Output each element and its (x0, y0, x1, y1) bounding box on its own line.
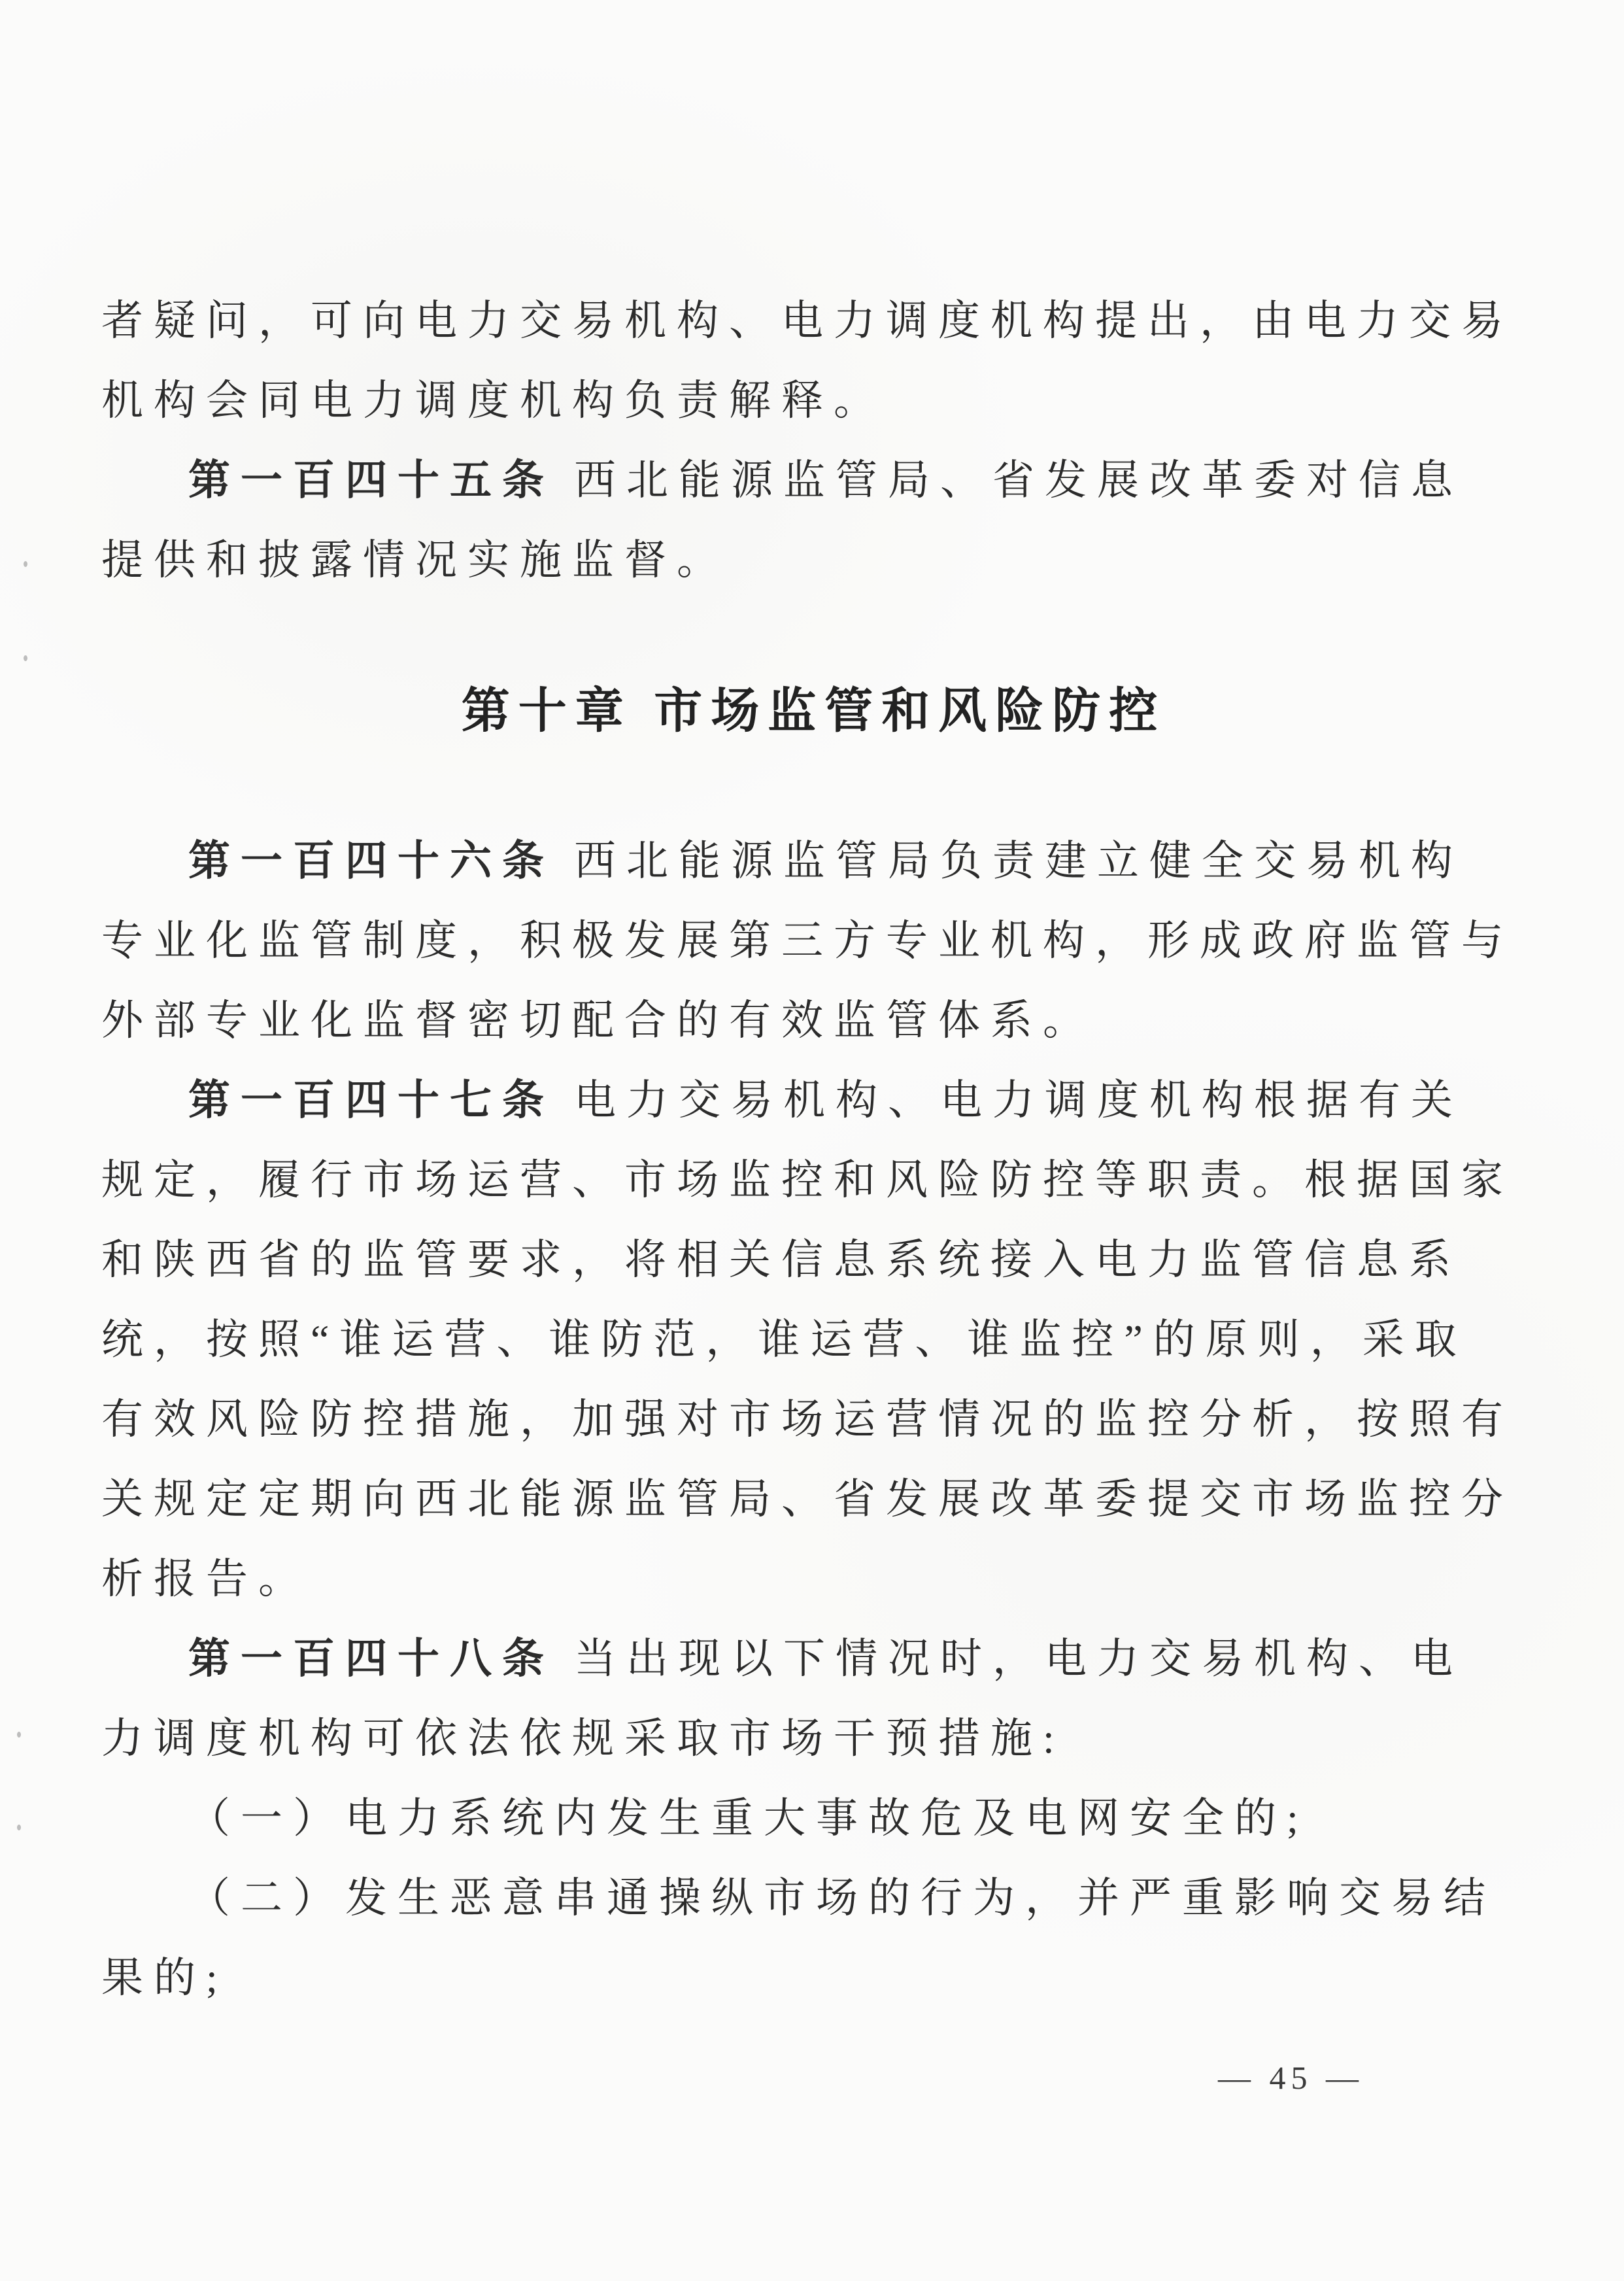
article-number: 第一百四十七条 (188, 1077, 554, 1123)
scan-artifact-dot (17, 1825, 21, 1830)
line-text: 规定，履行市场运营、市场监控和风险防控等职责。根据国家 (101, 1157, 1514, 1203)
text-line: 析报告。 (101, 1539, 1526, 1619)
line-text: 关规定定期向西北能源监管局、省发展改革委提交市场监控分 (101, 1476, 1514, 1522)
line-text: 外部专业化监督密切配合的有效监管体系。 (101, 997, 1095, 1044)
text-line: 力调度机构可依法依规采取市场干预措施: (101, 1699, 1526, 1779)
line-text: 电力交易机构、电力调度机构根据有关 (574, 1077, 1463, 1123)
page-number: — 45 — (1218, 2059, 1364, 2097)
line-text: 提供和披露情况实施监督。 (101, 537, 729, 583)
line-text: （一）电力系统内发生重大事故危及电网安全的; (188, 1795, 1309, 1842)
line-text: 有效风险防控措施，加强对市场运营情况的监控分析，按照有 (101, 1396, 1514, 1443)
text-line: 规定，履行市场运营、市场监控和风险防控等职责。根据国家 (101, 1140, 1526, 1220)
text-line: 提供和披露情况实施监督。 (101, 521, 1526, 600)
scan-artifact-dot (17, 1732, 21, 1738)
article-number: 第一百四十六条 (188, 838, 554, 884)
text-line: 者疑问，可向电力交易机构、电力调度机构提出，由电力交易 (101, 281, 1526, 361)
article-number: 第一百四十八条 (188, 1636, 554, 1682)
line-text: 力调度机构可依法依规采取市场干预措施: (101, 1715, 1065, 1762)
line-text: 西北能源监管局负责建立健全交易机构 (574, 838, 1463, 884)
text-line: （二）发生恶意串通操纵市场的行为，并严重影响交易结 (101, 1859, 1526, 1938)
line-text: 析报告。 (101, 1556, 311, 1602)
line-text: 和陕西省的监管要求，将相关信息系统接入电力监管信息系 (101, 1237, 1461, 1283)
line-text: 当出现以下情况时，电力交易机构、电 (574, 1636, 1463, 1682)
text-line: 专业化监管制度，积极发展第三方专业机构，形成政府监管与 (101, 901, 1526, 981)
text-line: （一）电力系统内发生重大事故危及电网安全的; (101, 1779, 1526, 1859)
text-line: 第一百四十五条西北能源监管局、省发展改革委对信息 (101, 441, 1526, 521)
text-line: 机构会同电力调度机构负责解释。 (101, 361, 1526, 441)
text-line: 统，按照“谁运营、谁防范，谁运营、谁监控”的原则，采取 (101, 1300, 1526, 1380)
text-line: 第一百四十六条西北能源监管局负责建立健全交易机构 (101, 821, 1526, 901)
line-text: 专业化监管制度，积极发展第三方专业机构，形成政府监管与 (101, 918, 1514, 964)
text-line: 外部专业化监督密切配合的有效监管体系。 (101, 981, 1526, 1061)
article-number: 第一百四十五条 (188, 457, 554, 504)
scan-artifact-dot (24, 655, 27, 661)
text-line: 和陕西省的监管要求，将相关信息系统接入电力监管信息系 (101, 1220, 1526, 1300)
line-text: 统，按照“谁运营、谁防范，谁运营、谁监控”的原则，采取 (101, 1316, 1467, 1363)
line-text: 果的; (101, 1955, 228, 2001)
text-line: 关规定定期向西北能源监管局、省发展改革委提交市场监控分 (101, 1460, 1526, 1539)
text-line: 果的; (101, 1938, 1526, 2018)
chapter-heading: 第十章 市场监管和风险防控 (101, 671, 1526, 751)
line-text: 机构会同电力调度机构负责解释。 (101, 377, 886, 424)
text-line: 有效风险防控措施，加强对市场运营情况的监控分析，按照有 (101, 1380, 1526, 1460)
line-text: （二）发生恶意串通操纵市场的行为，并严重影响交易结 (188, 1875, 1496, 1921)
line-text: 西北能源监管局、省发展改革委对信息 (574, 457, 1463, 504)
text-block: 者疑问，可向电力交易机构、电力调度机构提出，由电力交易 机构会同电力调度机构负责… (101, 281, 1526, 2018)
document-page: 者疑问，可向电力交易机构、电力调度机构提出，由电力交易 机构会同电力调度机构负责… (0, 0, 1624, 2281)
text-line: 第一百四十八条当出现以下情况时，电力交易机构、电 (101, 1619, 1526, 1699)
line-text: 者疑问，可向电力交易机构、电力调度机构提出，由电力交易 (101, 298, 1514, 344)
scan-artifact-dot (24, 561, 27, 567)
text-line: 第一百四十七条电力交易机构、电力调度机构根据有关 (101, 1061, 1526, 1140)
